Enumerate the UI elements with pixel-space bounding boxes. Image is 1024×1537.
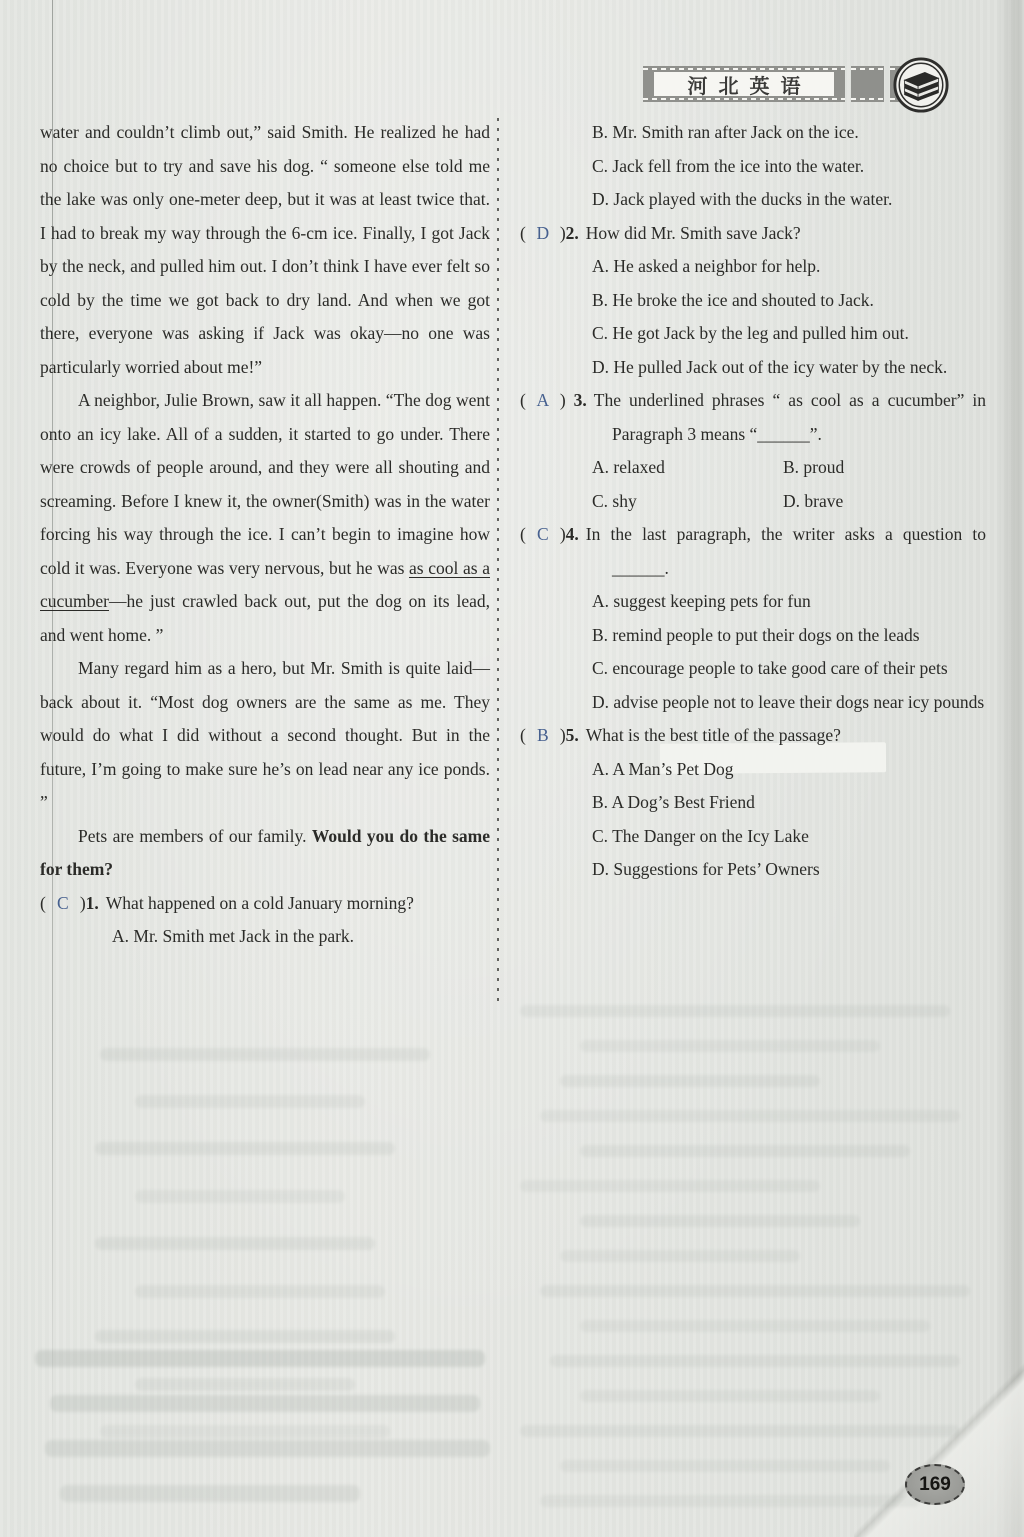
answer-letter: D — [526, 217, 560, 251]
answer-letter: C — [46, 887, 80, 921]
bleed-through-line — [100, 1048, 430, 1061]
option-row: B. Mr. Smith ran after Jack on the ice. — [520, 116, 986, 150]
bleed-through-line — [95, 1237, 375, 1250]
option-row: D. Suggestions for Pets’ Owners — [520, 853, 986, 887]
bleed-through-line — [520, 1005, 950, 1017]
bleed-through-line — [95, 1142, 395, 1155]
question-row: (A)3.The underlined phrases “ as cool as… — [520, 384, 986, 451]
bleed-through-text — [35, 1350, 495, 1530]
answer-letter: A — [526, 384, 560, 418]
option-row: B. A Dog’s Best Friend — [520, 786, 986, 820]
bleed-through-line — [580, 1390, 880, 1402]
bleed-through-line — [520, 1425, 960, 1437]
bleed-through-line — [580, 1145, 910, 1157]
bleed-through-line — [560, 1075, 820, 1087]
option-row: A. He asked a neighbor for help. — [520, 250, 986, 284]
bleed-through-line — [560, 1460, 890, 1472]
question-row: (D)2.How did Mr. Smith save Jack? — [520, 217, 986, 251]
question-text: In the last paragraph, the writer asks a… — [586, 524, 986, 578]
passage-text: Many regard him as a hero, but Mr. Smith… — [40, 658, 490, 812]
question-text: What happened on a cold January morning? — [106, 893, 414, 913]
bleed-through-line — [95, 1330, 395, 1343]
bleed-through-line — [35, 1350, 485, 1367]
question-text: How did Mr. Smith save Jack? — [586, 223, 801, 243]
option-text: B. proud — [783, 451, 844, 485]
option-row: C. The Danger on the Icy Lake — [520, 820, 986, 854]
page-edge-shadow — [996, 0, 1024, 1537]
answer-letter: B — [526, 719, 560, 753]
bleed-through-line — [45, 1440, 490, 1457]
bleed-through-line — [135, 1190, 345, 1203]
bleed-through-line — [580, 1215, 860, 1227]
column-divider-dotted-line — [497, 118, 499, 1002]
question-row: (C)4.In the last paragraph, the writer a… — [520, 518, 986, 585]
page-number: 169 — [919, 1474, 951, 1496]
bleed-through-line — [540, 1110, 960, 1122]
option-row: C. He got Jack by the leg and pulled him… — [520, 317, 986, 351]
option-text: A. relaxed — [592, 457, 665, 477]
option-row: A. suggest keeping pets for fun — [520, 585, 986, 619]
question-number: 1. — [86, 893, 99, 913]
bleed-through-line — [540, 1285, 970, 1297]
page-number-badge: 169 — [905, 1464, 965, 1505]
option-text: D. brave — [783, 485, 843, 519]
bleed-through-line — [540, 1495, 920, 1507]
passage-paragraph: A neighbor, Julie Brown, saw it all happ… — [40, 384, 490, 652]
book-stack-icon — [892, 56, 950, 114]
option-row: C. Jack fell from the ice into the water… — [520, 150, 986, 184]
bleed-through-line — [520, 1180, 820, 1192]
option-row: B. remind people to put their dogs on th… — [520, 619, 986, 653]
question-text: The underlined phrases “ as cool as a cu… — [594, 390, 986, 444]
question-number: 3. — [574, 390, 587, 410]
question-row: (B)5.What is the best title of the passa… — [520, 719, 986, 753]
bleed-through-line — [580, 1320, 930, 1332]
answer-letter: C — [526, 518, 560, 552]
passage-column: water and couldn’t climb out,” said Smit… — [40, 116, 490, 954]
questions-column: B. Mr. Smith ran after Jack on the ice.C… — [520, 116, 986, 887]
bleed-through-line — [60, 1485, 360, 1502]
question-text: What is the best title of the passage? — [586, 725, 841, 745]
bleed-through-line — [580, 1040, 880, 1052]
option-row: B. He broke the ice and shouted to Jack. — [520, 284, 986, 318]
question-number: 5. — [566, 725, 579, 745]
bleed-through-line — [135, 1285, 385, 1298]
header-title-box: 河北英语 — [654, 72, 834, 96]
option-pair-row: C. shyD. brave — [520, 485, 986, 519]
question-number: 4. — [566, 524, 579, 544]
passage-text: A neighbor, Julie Brown, saw it all happ… — [40, 390, 490, 578]
option-row: C. encourage people to take good care of… — [520, 652, 986, 686]
option-row: D. He pulled Jack out of the icy water b… — [520, 351, 986, 385]
bleed-through-line — [560, 1250, 800, 1262]
bleed-through-line — [135, 1095, 365, 1108]
question-number: 2. — [566, 223, 579, 243]
bleed-through-line — [50, 1395, 480, 1412]
option-row: D. advise people not to leave their dogs… — [520, 686, 986, 720]
option-row: A. Mr. Smith met Jack in the park. — [40, 920, 490, 954]
bleed-through-line — [550, 1355, 960, 1367]
passage-paragraph: water and couldn’t climb out,” said Smit… — [40, 116, 490, 384]
question-row: (C)1.What happened on a cold January mor… — [40, 887, 490, 921]
bleed-through-text — [520, 1005, 986, 1515]
page-title: 河北英语 — [677, 70, 812, 99]
passage-paragraph: Many regard him as a hero, but Mr. Smith… — [40, 652, 490, 820]
option-pair-row: A. relaxedB. proud — [520, 451, 986, 485]
passage-paragraph: Pets are members of our family. Would yo… — [40, 820, 490, 887]
passage-text: water and couldn’t climb out,” said Smit… — [40, 122, 490, 377]
passage-text: Pets are members of our family. — [78, 826, 312, 846]
option-text: C. shy — [592, 491, 637, 511]
option-row: A. A Man’s Pet Dog — [520, 753, 986, 787]
option-row: D. Jack played with the ducks in the wat… — [520, 183, 986, 217]
header-banner-segment — [851, 66, 884, 102]
